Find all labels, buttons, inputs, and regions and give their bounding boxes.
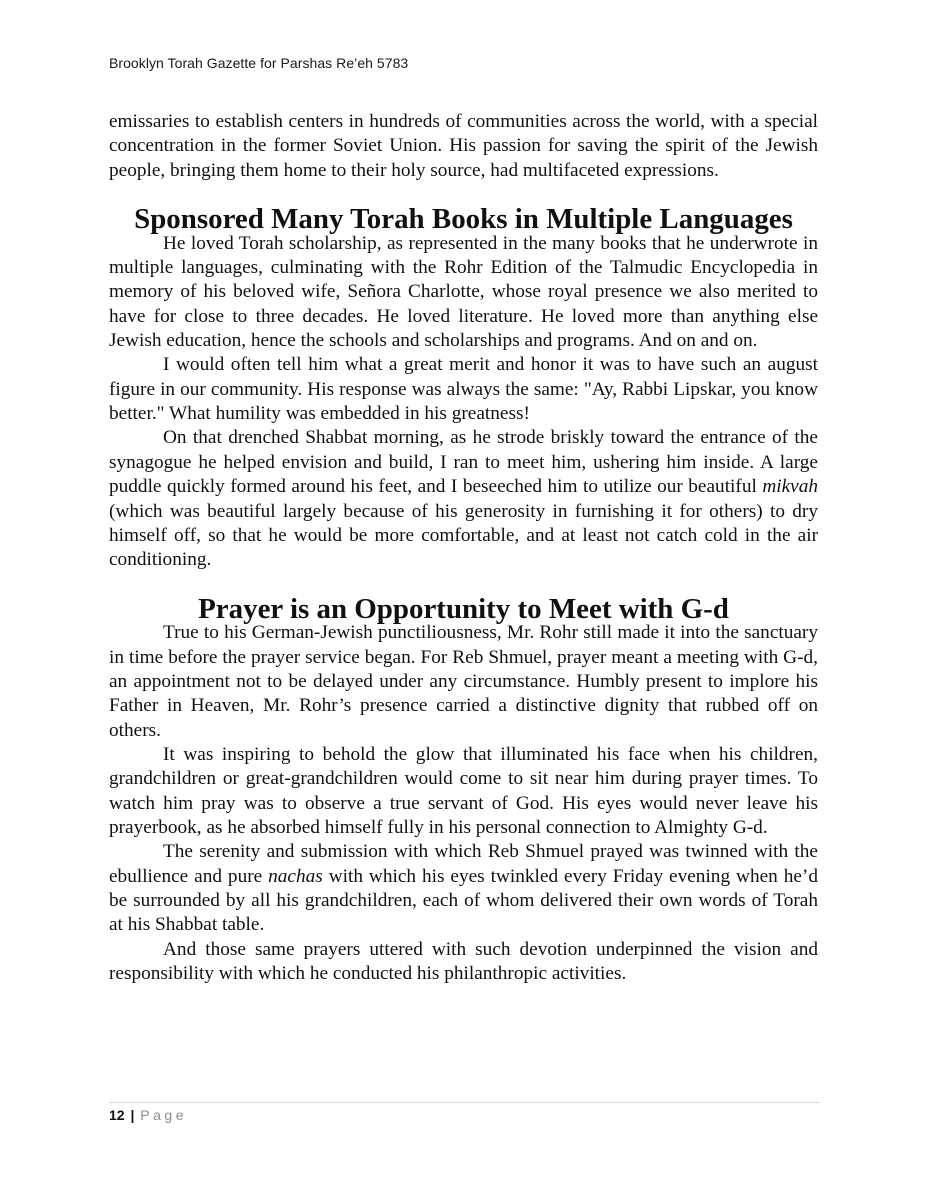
section-heading: Sponsored Many Torah Books in Multiple L… (109, 207, 818, 231)
running-header: Brooklyn Torah Gazette for Parshas Re’eh… (109, 55, 408, 71)
page-number: 12 (109, 1107, 125, 1123)
paragraph: I would often tell him what a great meri… (109, 353, 818, 426)
paragraph: It was inspiring to behold the glow that… (109, 743, 818, 840)
paragraph: He loved Torah scholarship, as represent… (109, 232, 818, 354)
intro-paragraph: emissaries to establish centers in hundr… (109, 110, 818, 183)
section-heading: Prayer is an Opportunity to Meet with G-… (109, 597, 818, 621)
italic-term: mikvah (762, 476, 818, 497)
italic-term: nachas (268, 866, 323, 887)
paragraph: And those same prayers uttered with such… (109, 938, 818, 987)
page-footer: 12 | Page (109, 1107, 187, 1123)
page-label: Page (140, 1107, 187, 1123)
footer-divider (109, 1102, 820, 1103)
paragraph-text: On that drenched Shabbat morning, as he … (109, 427, 818, 497)
section-torah-books: Sponsored Many Torah Books in Multiple L… (109, 207, 818, 572)
paragraph: The serenity and submission with which R… (109, 840, 818, 937)
article-body: emissaries to establish centers in hundr… (109, 110, 818, 986)
paragraph: On that drenched Shabbat morning, as he … (109, 426, 818, 572)
footer-separator: | (130, 1107, 134, 1123)
section-prayer: Prayer is an Opportunity to Meet with G-… (109, 597, 818, 987)
paragraph: True to his German-Jewish punctiliousnes… (109, 621, 818, 743)
paragraph-text: (which was beautiful largely because of … (109, 501, 818, 571)
